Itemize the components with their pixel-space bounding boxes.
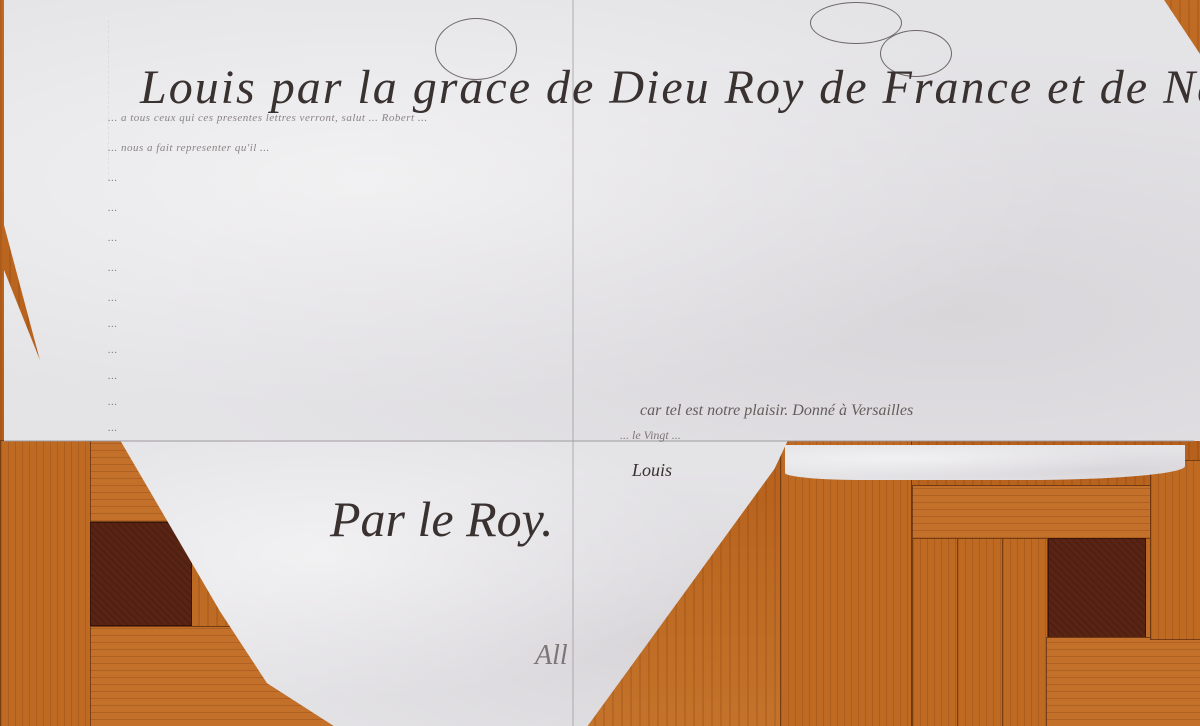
parchment-right-edge [785,445,1185,480]
floor-plank [912,485,1152,539]
floor-plank [957,538,1003,726]
body-line: ... [108,172,118,184]
floor-plank [1046,637,1200,726]
body-line: ... [108,262,118,274]
royal-signature: Louis [632,460,672,481]
closing-formula: car tel est notre plaisir. Donné à Versa… [640,402,913,420]
lower-marks: All [535,640,568,672]
dark-parquet-square [1048,538,1146,638]
floor-plank [780,440,912,726]
body-line: ... [108,292,118,304]
margin-annotation [8,20,109,180]
countersignature-par-le-roy: Par le Roy. [330,490,554,548]
body-line: ... [108,318,118,330]
body-line: ... [108,422,118,434]
body-line: ... [108,344,118,356]
floor-plank [1002,538,1048,726]
body-line: ... a tous ceux qui ces presentes lettre… [108,112,428,124]
body-line: ... [108,370,118,382]
horizontal-fold-crease [4,440,1194,442]
floor-plank [0,440,92,726]
body-line: ... [108,396,118,408]
floor-plank [1150,460,1200,640]
body-line: ... [108,232,118,244]
document-title: Louis par la grace de Dieu Roy de France… [140,60,1200,115]
closing-tail: ... le Vingt ... [620,428,681,443]
body-line: ... nous a fait representer qu'il ... [108,142,270,154]
dark-parquet-square [90,522,192,626]
floor-plank [912,538,958,726]
body-line: ... [108,202,118,214]
